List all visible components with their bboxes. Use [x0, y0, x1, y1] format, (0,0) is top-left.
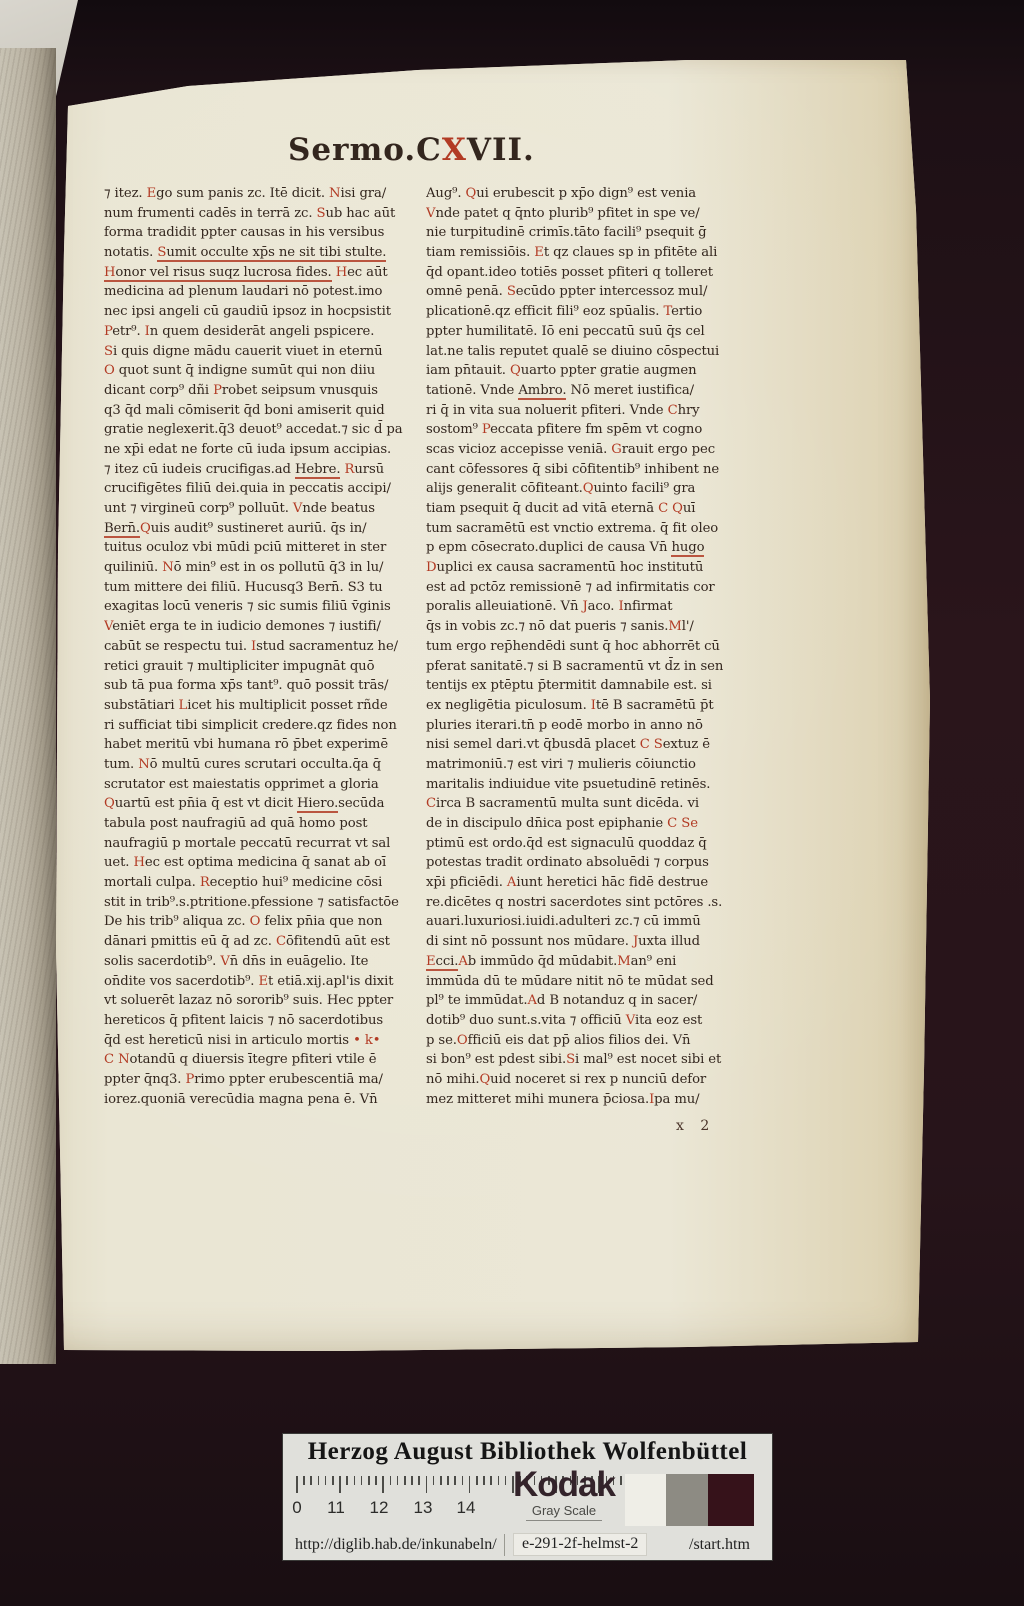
text-segment: ne xp̄i edat ne forte cū iuda ipsum acci…	[104, 442, 391, 457]
text-segment: C	[668, 403, 678, 418]
text-line: dotib⁹ duo sunt.s.vita ⁊ officiū Vita eo…	[426, 1011, 744, 1031]
text-segment: iam pn̄tauit.	[426, 363, 510, 378]
text-segment: nde beatus	[302, 501, 375, 516]
text-segment: omnē penā.	[426, 284, 507, 299]
text-segment: poralis alleuiationē. Vn̄	[426, 599, 582, 614]
text-line: nie turpitudinē crimīs.tāto facili⁹ pseq…	[426, 223, 744, 243]
gray-patch	[625, 1474, 666, 1526]
text-segment: etr⁹.	[112, 324, 144, 339]
text-segment: Nō meret iustifica/	[566, 383, 694, 398]
text-segment: lat.ne talis reputet qualē se diuino cōs…	[426, 344, 719, 359]
text-line: Bern̄.Quis audit⁹ sustineret auriū. q̄s …	[104, 519, 422, 539]
text-segment: num frumenti cadēs in terrā zc.	[104, 206, 317, 221]
text-segment: cci.	[436, 954, 459, 971]
text-segment: H	[336, 265, 347, 280]
text-line: mez mitteret mihi munera p̄ciosa.Ipa mu/	[426, 1090, 744, 1110]
text-line: forma tradidit ppter causas in his versi…	[104, 223, 422, 243]
text-line: Honor vel risus suqz lucrosa fides. Hec …	[104, 263, 422, 283]
text-segment: scas vicioz accepisse veniā.	[426, 442, 611, 457]
text-segment: ōfitendū aūt est	[286, 934, 390, 949]
text-segment: P	[104, 324, 112, 339]
text-segment: uī	[683, 501, 696, 516]
text-segment: R	[345, 462, 355, 477]
text-segment: ri q̄ in vita sua noluerit pfiteri. Vnde	[426, 403, 668, 418]
text-segment: Q	[583, 481, 594, 496]
text-segment: mez mitteret mihi munera p̄ciosa.	[426, 1092, 649, 1107]
text-segment: vt soluerēt lazaz nō sororib⁹ suis. Hec …	[104, 993, 393, 1008]
text-segment: C	[426, 796, 436, 811]
text-segment: stit in trib⁹.s.ptritione.pfessione ⁊ sa…	[104, 895, 399, 910]
text-segment: habet meritū vbi humana rō p̄bet experim…	[104, 737, 388, 752]
text-segment: nō mihi.	[426, 1072, 479, 1087]
text-segment: tiam remissiōis.	[426, 245, 534, 260]
text-segment: rimo ppter erubescentiā ma/	[194, 1072, 383, 1087]
text-segment: plicationē.qz efficit fili⁹ eoz spūalis.	[426, 304, 663, 319]
text-segment: S	[157, 245, 166, 262]
text-segment: retici grauit ⁊ multipliciter impugnāt q…	[104, 659, 374, 674]
text-segment: si bon⁹ est pdest sibi.	[426, 1052, 566, 1067]
text-segment: cabūt se respectu tui.	[104, 639, 251, 654]
text-segment: nec ipsi angeli cū gaudiū ipsoz in hocps…	[104, 304, 391, 319]
url-row: http://diglib.hab.de/inkunabeln/ e-291-2…	[283, 1532, 772, 1560]
kodak-block: Kodak Gray Scale	[499, 1468, 629, 1521]
text-segment: A	[527, 993, 536, 1008]
text-line: solis sacerdotib⁹. Vn̄ dn̄s in euāgelio.…	[104, 952, 422, 972]
text-segment: tentijs ex ptēptu p̄termitit damnabile e…	[426, 678, 712, 693]
text-segment: uis audit⁹ sustineret auriū. q̄s in/	[151, 521, 367, 536]
text-segment: nisi semel dari.vt q̄busdā placet	[426, 737, 640, 752]
text-segment: dotib⁹ duo sunt.s.vita ⁊ officiū	[426, 1013, 626, 1028]
text-segment: ita eoz est	[635, 1013, 702, 1028]
text-segment: uarto ppter gratie augmen	[521, 363, 697, 378]
text-segment: P	[482, 422, 490, 437]
text-line: Si quis digne mādu cauerit viuet in eter…	[104, 342, 422, 362]
text-line: Vnde patet q q̄nto plurib⁹ pfitet in spe…	[426, 204, 744, 224]
text-line: cant cōfessores q̄ sibi cōfitentib⁹ inhi…	[426, 460, 744, 480]
text-segment: E	[258, 974, 268, 989]
text-segment: scrutator est maiestatis opprimet a glor…	[104, 777, 379, 792]
base-url: http://diglib.hab.de/inkunabeln/	[295, 1536, 497, 1554]
text-segment: S	[507, 284, 516, 299]
text-line: pluries iterari.tn̄ p eodē morbo in anno…	[426, 716, 744, 736]
text-segment: alijs generalit cōfiteant.	[426, 481, 583, 496]
text-segment: Hebre.	[295, 462, 340, 479]
text-segment: crucifigētes filiū dei.quia in peccatis …	[104, 481, 391, 496]
kodak-logo: Kodak	[499, 1468, 629, 1502]
text-segment: hereticos q̄ pfitent laicis ⁊ nō sacerdo…	[104, 1013, 383, 1028]
text-segment: C S	[640, 737, 663, 752]
text-segment: tabula post naufragiū ad quā homo post	[104, 816, 367, 831]
text-line: mortali culpa. Receptio hui⁹ medicine cō…	[104, 873, 422, 893]
text-line: q3 q̄d mali cōmiserit q̄d boni amiserit …	[104, 401, 422, 421]
text-segment: Sermo.C	[288, 132, 442, 168]
text-segment: N	[162, 560, 173, 575]
text-segment: eccata pfitere fm spēm vt cogno	[490, 422, 702, 437]
text-segment: auari.luxuriosi.iuidi.adulteri zc.⁊ cū i…	[426, 914, 701, 929]
text-segment: iunt heretici hāc fidē destrue	[516, 875, 708, 890]
text-segment: q̄s in vobis zc.⁊ nō dat pueris ⁊ sanis.	[426, 619, 668, 634]
text-segment: gratie neglexerit.q̄3 deuot⁹ accedat.⁊ s…	[104, 422, 403, 437]
text-segment: ub hac aūt	[325, 206, 395, 221]
text-line: ri q̄ in vita sua noluerit pfiteri. Vnde…	[426, 401, 744, 421]
text-segment: robet seipsum vnusquis	[222, 383, 378, 398]
text-segment: secūda	[338, 796, 384, 811]
text-segment: est ad pctōz remissionē ⁊ ad infirmitati…	[426, 580, 715, 595]
text-segment: exagitas locū veneris ⁊ sic sumis filiū …	[104, 599, 391, 614]
text-line: potestas tradit ordinato absoluēdi ⁊ cor…	[426, 853, 744, 873]
text-segment: E	[147, 186, 157, 201]
text-line: xp̄i pficiēdi. Aiunt heretici hāc fidē d…	[426, 873, 744, 893]
text-segment: icet his multiplicit posset rñde	[187, 698, 387, 713]
text-line: quiliniū. Nō min⁹ est in os pollutū q̄3 …	[104, 558, 422, 578]
text-segment: A	[458, 954, 467, 969]
text-line: tum sacramētū est vnctio extrema. q̄ fit…	[426, 519, 744, 539]
text-line: iorez.quoniā verecūdia magna pena ē. Vn̄	[104, 1090, 422, 1110]
text-segment: ecūdo ppter intercessoz mul/	[516, 284, 708, 299]
text-line: tum. Nō multū cures scrutari occulta.q̄a…	[104, 755, 422, 775]
library-name: Herzog August Bibliothek Wolfenbüttel	[283, 1438, 772, 1466]
text-line: tum mittere dei filiū. Hucusq3 Bern̄. S3…	[104, 578, 422, 598]
text-segment: ⁊ itez cū iudeis crucifigas.ad	[104, 462, 295, 477]
text-segment: C N	[104, 1052, 130, 1067]
text-segment: ec aūt	[347, 265, 387, 280]
text-line: poralis alleuiationē. Vn̄ Jaco. Infirmat	[426, 597, 744, 617]
text-segment: solis sacerdotib⁹.	[104, 954, 220, 969]
text-segment: ptimū est ordo.q̄d est signaculū quoddaz…	[426, 836, 707, 851]
text-segment: tiam psequit q̄ ducit ad vitā eternā	[426, 501, 658, 516]
text-line: Ecci.Ab immūdo q̄d mūdabit.Man⁹ eni	[426, 952, 744, 972]
text-segment: n̄ dn̄s in euāgelio. Ite	[230, 954, 369, 969]
text-line: p se.Officiū eis dat pp̄ alios filios de…	[426, 1031, 744, 1051]
text-line: lat.ne talis reputet qualē se diuino cōs…	[426, 342, 744, 362]
text-segment: tē B sacramētū p̄t	[596, 698, 714, 713]
text-segment: uet.	[104, 855, 133, 870]
text-segment: ursū	[354, 462, 384, 477]
text-line: num frumenti cadēs in terrā zc. Sub hac …	[104, 204, 422, 224]
text-segment: iorez.quoniā verecūdia magna pena ē. Vn̄	[104, 1092, 377, 1107]
text-line: sub tā pua forma xp̄s tant⁹. quō possit …	[104, 676, 422, 696]
text-line: vt soluerēt lazaz nō sororib⁹ suis. Hec …	[104, 991, 422, 1011]
text-segment: Q	[510, 363, 521, 378]
text-segment: n quem desiderāt angeli pspicere.	[150, 324, 375, 339]
text-line: matrimoniū.⁊ est viri ⁊ mulieris cōiunct…	[426, 755, 744, 775]
text-line: q̄d opant.ideo totiēs posset pfiteri q t…	[426, 263, 744, 283]
text-segment: medicina ad plenum laudari nō potest.imo	[104, 284, 382, 299]
text-segment: uplici ex causa sacramentū hoc institutū	[436, 560, 703, 575]
text-segment: re.dicētes q nostri sacerdotes sint pctō…	[426, 895, 722, 910]
text-line: plicationē.qz efficit fili⁹ eoz spūalis.…	[426, 302, 744, 322]
text-line: habet meritū vbi humana rō p̄bet experim…	[104, 735, 422, 755]
text-segment: G	[611, 442, 621, 457]
text-segment: L	[179, 698, 188, 713]
text-segment: T	[663, 304, 671, 319]
text-segment: H	[133, 855, 144, 870]
text-segment: uxta illud	[638, 934, 700, 949]
text-line: uet. Hec est optima medicina q̄ sanat ab…	[104, 853, 422, 873]
text-segment: ppter humilitatē. Iō eni peccatū suū q̄s…	[426, 324, 705, 339]
text-line: De his trib⁹ aliqua zc. O felix pn̄ia qu…	[104, 912, 422, 932]
text-segment: C Q	[658, 501, 683, 516]
text-segment: t etiā.xij.apl'is dixit	[268, 974, 393, 989]
text-line: si bon⁹ est pdest sibi.Si mal⁹ est nocet…	[426, 1050, 744, 1070]
text-line: omnē penā. Secūdo ppter intercessoz mul/	[426, 282, 744, 302]
text-segment: H	[104, 265, 115, 282]
text-segment: dānari pmittis eū q̄ ad zc.	[104, 934, 276, 949]
text-segment: fficiū eis dat pp̄ alios filios dei. Vn̄	[468, 1033, 691, 1048]
text-segment: quot sunt q̄ indigne sumūt qui non diiu	[115, 363, 375, 378]
text-line: nisi semel dari.vt q̄busdā placet C Sext…	[426, 735, 744, 755]
text-line: tiam psequit q̄ ducit ad vitā eternā C Q…	[426, 499, 744, 519]
text-segment: i mal⁹ est nocet sibi et	[575, 1052, 721, 1067]
text-line: gratie neglexerit.q̄3 deuot⁹ accedat.⁊ s…	[104, 420, 422, 440]
text-segment: extuz ē	[663, 737, 710, 752]
text-segment: Q	[140, 521, 151, 536]
text-segment: go sum panis zc. Itē dicit.	[156, 186, 329, 201]
text-line: C Notandū q diuersis ītegre pfiteri vtil…	[104, 1050, 422, 1070]
gray-scale-label: Gray Scale	[526, 1503, 602, 1521]
text-line: Circa B sacramentū multa sunt dicēda. vi	[426, 794, 744, 814]
text-segment: ō min⁹ est in os pollutū q̄3 in lu/	[174, 560, 384, 575]
text-line: de in discipulo dn̄ica post epiphanie C …	[426, 814, 744, 834]
text-segment: V	[626, 1013, 635, 1028]
text-line: q̄d est hereticū nisi in articulo mortis…	[104, 1031, 422, 1051]
text-segment: aco.	[588, 599, 619, 614]
text-segment: tum.	[104, 757, 138, 772]
gray-patch	[666, 1474, 708, 1526]
book-page: Sermo.CXVII. ⁊ itez. Ego sum panis zc. I…	[38, 50, 938, 1358]
text-line: ⁊ itez cū iudeis crucifigas.ad Hebre. Ru…	[104, 460, 422, 480]
page-title: Sermo.CXVII.	[288, 132, 578, 168]
text-segment: d B notanduz q in sacer/	[537, 993, 697, 1008]
text-segment: ex negligētia piculosum.	[426, 698, 591, 713]
text-segment: uinto facili⁹ gra	[593, 481, 695, 496]
gray-scale-patches	[625, 1474, 754, 1526]
text-segment: Q	[466, 186, 477, 201]
text-line: ri sufficiat tibi simplicit credere.qz f…	[104, 716, 422, 736]
text-line: scrutator est maiestatis opprimet a glor…	[104, 775, 422, 795]
text-line: re.dicētes q nostri sacerdotes sint pctō…	[426, 893, 744, 913]
text-line: iam pn̄tauit. Quarto ppter gratie augmen	[426, 361, 744, 381]
text-segment: S	[104, 344, 113, 359]
text-line: p epm cōsecrato.duplici de causa Vn̄ hug…	[426, 538, 744, 558]
text-segment: sub tā pua forma xp̄s tant⁹. quō possit …	[104, 678, 388, 693]
text-line: retici grauit ⁊ multipliciter impugnāt q…	[104, 657, 422, 677]
text-segment: pl⁹ te immūdat.	[426, 993, 527, 1008]
text-segment: ec est optima medicina q̄ sanat ab oī	[145, 855, 386, 870]
text-segment: VII.	[467, 132, 535, 168]
text-segment: uartū est pn̄ia q̄ est vt dicit	[115, 796, 297, 811]
text-segment: tuitus oculoz vbi mūdi pciū mitteret in …	[104, 540, 386, 555]
text-segment: felix pn̄ia que non	[260, 914, 382, 929]
text-line: ne xp̄i edat ne forte cū iuda ipsum acci…	[104, 440, 422, 460]
text-segment: ō multū cures scrutari occulta.q̄a q̄	[150, 757, 381, 772]
text-segment: q̄d opant.ideo totiēs posset pfiteri q t…	[426, 265, 713, 280]
text-line: tationē. Vnde Ambro. Nō meret iustifica/	[426, 381, 744, 401]
text-line: Duplici ex causa sacramentū hoc institut…	[426, 558, 744, 578]
text-line: Veniēt erga te in iudicio demones ⁊ iust…	[104, 617, 422, 637]
text-line: O quot sunt q̄ indigne sumūt qui non dii…	[104, 361, 422, 381]
text-segment: onor vel risus suqz lucrosa fides.	[115, 265, 331, 282]
text-line: di sint nō possunt nos mūdare. Juxta ill…	[426, 932, 744, 952]
text-line: tum ergo rep̄hendēdi sunt q̄ hoc abhorrē…	[426, 637, 744, 657]
text-segment: V	[104, 619, 112, 634]
text-line: Petr⁹. In quem desiderāt angeli pspicere…	[104, 322, 422, 342]
text-segment: q3 q̄d mali cōmiserit q̄d boni amiserit …	[104, 403, 385, 418]
text-column-left: ⁊ itez. Ego sum panis zc. Itē dicit. Nis…	[104, 184, 422, 1114]
text-line: Quartū est pn̄ia q̄ est vt dicit Hiero.s…	[104, 794, 422, 814]
text-segment: X	[442, 132, 467, 168]
text-line: dānari pmittis eū q̄ ad zc. Cōfitendū aū…	[104, 932, 422, 952]
text-segment: stud sacramentuz he/	[256, 639, 398, 654]
text-segment: dicant corp⁹ dñi	[104, 383, 213, 398]
text-segment: umit occulte xp̄s ne sit tibi stulte.	[166, 245, 386, 262]
text-line: tiam remissiōis. Et qz claues sp in pfit…	[426, 243, 744, 263]
gray-patch	[708, 1474, 754, 1526]
text-segment: Bern̄.	[104, 521, 140, 538]
text-line: ptimū est ordo.q̄d est signaculū quoddaz…	[426, 834, 744, 854]
text-segment: N	[329, 186, 340, 201]
text-line: medicina ad plenum laudari nō potest.imo	[104, 282, 422, 302]
text-segment: C	[276, 934, 286, 949]
text-segment: notatis.	[104, 245, 157, 260]
text-line: dicant corp⁹ dñi Probet seipsum vnusquis	[104, 381, 422, 401]
text-segment: O	[104, 363, 115, 378]
text-segment: nde patet q q̄nto plurib⁹ pfitet in spe …	[435, 206, 699, 221]
text-line: auari.luxuriosi.iuidi.adulteri zc.⁊ cū i…	[426, 912, 744, 932]
text-line: maritalis indiuidue vite psuetudinē reti…	[426, 775, 744, 795]
text-line: tabula post naufragiū ad quā homo post	[104, 814, 422, 834]
text-line: pl⁹ te immūdat.Ad B notanduz q in sacer/	[426, 991, 744, 1011]
text-segment: V	[220, 954, 229, 969]
text-segment: maritalis indiuidue vite psuetudinē reti…	[426, 777, 710, 792]
text-segment: quiliniū.	[104, 560, 162, 575]
text-line: tentijs ex ptēptu p̄termitit damnabile e…	[426, 676, 744, 696]
text-line: nec ipsi angeli cū gaudiū ipsoz in hocps…	[104, 302, 422, 322]
text-segment: E	[426, 954, 436, 971]
text-line: exagitas locū veneris ⁊ sic sumis filiū …	[104, 597, 422, 617]
text-segment: S	[566, 1052, 575, 1067]
text-line: sostom⁹ Peccata pfitere fm spēm vt cogno	[426, 420, 744, 440]
text-segment: uid noceret si rex p nunciū defor	[490, 1072, 706, 1087]
text-segment: nfirmat	[624, 599, 673, 614]
text-line: ex negligētia piculosum. Itē B sacramētū…	[426, 696, 744, 716]
text-segment: i quis digne mādu cauerit viuet in etern…	[113, 344, 383, 359]
text-segment: sostom⁹	[426, 422, 482, 437]
text-segment: mortali culpa.	[104, 875, 200, 890]
start-file: /start.htm	[689, 1536, 750, 1554]
text-segment: substātiari	[104, 698, 179, 713]
text-segment: Aug⁹.	[426, 186, 466, 201]
text-segment: ui erubescit p xp̄o dign⁹ est venia	[476, 186, 696, 201]
text-segment: naufragiū p mortale peccatū recurrat vt …	[104, 836, 390, 851]
text-line: immūda dū te mūdare nitit nō te mūdat se…	[426, 972, 744, 992]
text-segment: isi gra/	[340, 186, 386, 201]
text-line: ⁊ itez. Ego sum panis zc. Itē dicit. Nis…	[104, 184, 422, 204]
text-line: alijs generalit cōfiteant.Quinto facili⁹…	[426, 479, 744, 499]
text-segment: on̄dite vos sacerdotib⁹.	[104, 974, 258, 989]
text-segment: an⁹ eni	[631, 954, 677, 969]
text-segment: rauit ergo pec	[622, 442, 715, 457]
text-segment: Q	[479, 1072, 490, 1087]
shelfmark-label: e-291-2f-helmst-2	[514, 1534, 646, 1555]
text-segment: E	[534, 245, 544, 260]
text-segment: O	[250, 914, 261, 929]
text-line: ppter q̄nq3. Primo ppter erubescentiā ma…	[104, 1070, 422, 1090]
text-line: ppter humilitatē. Iō eni peccatū suū q̄s…	[426, 322, 744, 342]
text-line: scas vicioz accepisse veniā. Grauit ergo…	[426, 440, 744, 460]
text-segment: matrimoniū.⁊ est viri ⁊ mulieris cōiunct…	[426, 757, 696, 772]
text-segment: R	[200, 875, 210, 890]
text-segment: pa mu/	[654, 1092, 699, 1107]
text-line: cabūt se respectu tui. Istud sacramentuz…	[104, 637, 422, 657]
text-line: naufragiū p mortale peccatū recurrat vt …	[104, 834, 422, 854]
text-segment: di sint nō possunt nos mūdare.	[426, 934, 633, 949]
text-line: q̄s in vobis zc.⁊ nō dat pueris ⁊ sanis.…	[426, 617, 744, 637]
text-segment: tum sacramētū est vnctio extrema. q̄ fit…	[426, 521, 718, 536]
signature-mark: x 2	[676, 1118, 715, 1134]
text-segment: M	[668, 619, 681, 634]
text-segment: A	[507, 875, 516, 890]
text-segment: D	[426, 560, 436, 575]
text-line: nō mihi.Quid noceret si rex p nunciū def…	[426, 1070, 744, 1090]
text-segment: otandū q diuersis ītegre pfiteri vtile ē	[130, 1052, 377, 1067]
text-segment: t qz claues sp in pfitēte ali	[544, 245, 717, 260]
text-segment: forma tradidit ppter causas in his versi…	[104, 225, 384, 240]
label-bar: Herzog August Bibliothek Wolfenbüttel 01…	[283, 1434, 772, 1560]
text-segment: l'/	[682, 619, 694, 634]
text-segment: nie turpitudinē crimīs.tāto facili⁹ pseq…	[426, 225, 706, 240]
text-line: tuitus oculoz vbi mūdi pciū mitteret in …	[104, 538, 422, 558]
text-segment: ⁊ itez.	[104, 186, 147, 201]
text-line: stit in trib⁹.s.ptritione.pfessione ⁊ sa…	[104, 893, 422, 913]
text-segment: cant cōfessores q̄ sibi cōfitentib⁹ inhi…	[426, 462, 719, 477]
facing-page-edges	[0, 48, 56, 1364]
text-segment: p epm cōsecrato.duplici de causa Vn̄	[426, 540, 671, 555]
text-line: unt ⁊ virgineū corp⁹ polluūt. Vnde beatu…	[104, 499, 422, 519]
text-segment: Q	[104, 796, 115, 811]
text-segment: tum mittere dei filiū. Hucusq3 Bern̄. S3…	[104, 580, 383, 595]
text-segment: b immūdo q̄d mūdabit.	[468, 954, 617, 969]
text-segment: C Se	[667, 816, 698, 831]
text-segment: P	[213, 383, 222, 398]
text-segment: tationē. Vnde	[426, 383, 518, 398]
text-segment: V	[293, 501, 302, 516]
text-line: pferat sanitatē.⁊ si B sacramentū vt d̄z…	[426, 657, 744, 677]
text-line: Aug⁹. Qui erubescit p xp̄o dign⁹ est ven…	[426, 184, 744, 204]
text-line: on̄dite vos sacerdotib⁹. Et etiā.xij.apl…	[104, 972, 422, 992]
text-segment: immūda dū te mūdare nitit nō te mūdat se…	[426, 974, 714, 989]
text-segment: hugo	[671, 540, 704, 557]
text-segment: ppter q̄nq3.	[104, 1072, 185, 1087]
text-segment: ertio	[671, 304, 702, 319]
text-segment: N	[138, 757, 149, 772]
text-line: notatis. Sumit occulte xp̄s ne sit tibi …	[104, 243, 422, 263]
text-segment: De his trib⁹ aliqua zc.	[104, 914, 250, 929]
text-line: crucifigētes filiū dei.quia in peccatis …	[104, 479, 422, 499]
text-segment: M	[617, 954, 630, 969]
text-segment: unt ⁊ virgineū corp⁹ polluūt.	[104, 501, 293, 516]
text-segment: • k•	[353, 1033, 380, 1048]
text-segment: p se.	[426, 1033, 457, 1048]
text-segment: q̄d est hereticū nisi in articulo mortis	[104, 1033, 353, 1048]
text-segment: eceptio hui⁹ medicine cōsi	[210, 875, 383, 890]
text-segment: pluries iterari.tn̄ p eodē morbo in anno…	[426, 718, 703, 733]
text-segment: de in discipulo dn̄ica post epiphanie	[426, 816, 667, 831]
text-line: hereticos q̄ pfitent laicis ⁊ nō sacerdo…	[104, 1011, 422, 1031]
text-line: est ad pctōz remissionē ⁊ ad infirmitati…	[426, 578, 744, 598]
text-line: substātiari Licet his multiplicit posset…	[104, 696, 422, 716]
text-column-right: Aug⁹. Qui erubescit p xp̄o dign⁹ est ven…	[426, 184, 744, 1114]
